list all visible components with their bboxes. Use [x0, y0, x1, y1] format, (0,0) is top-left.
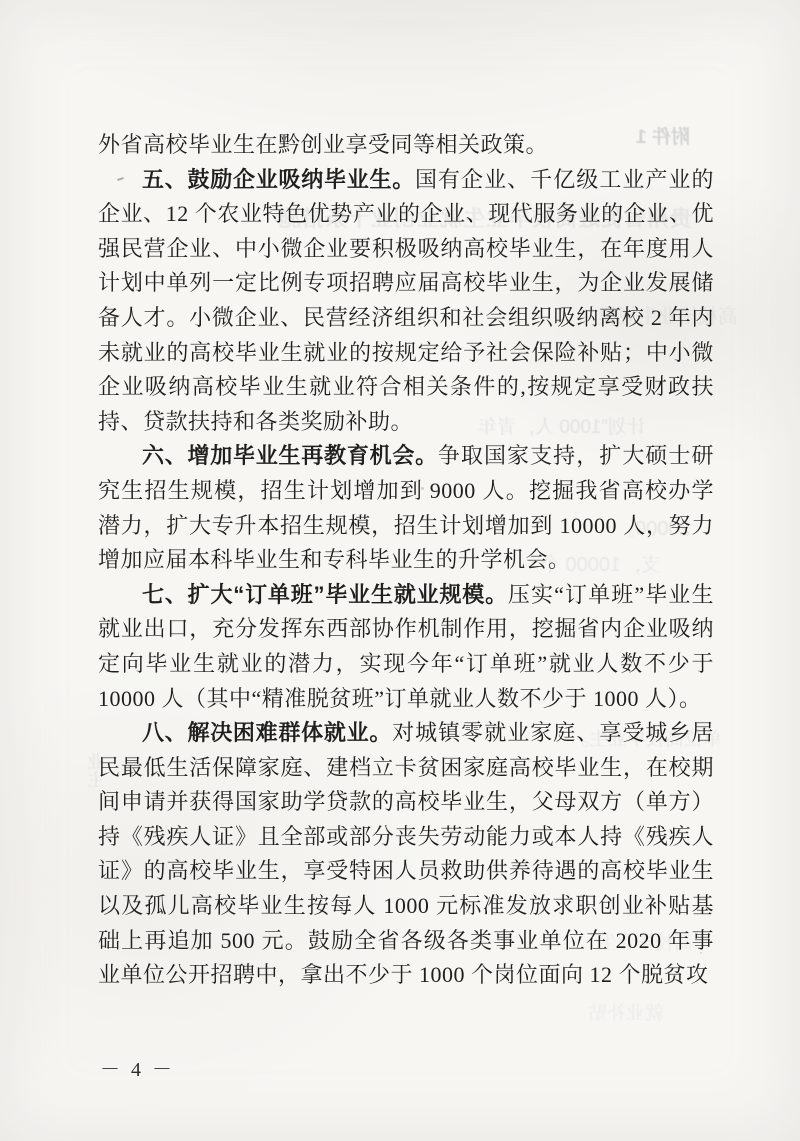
document-body: 外省高校毕业生在黔创业享受同等相关政策。 五、鼓励企业吸纳毕业生。国有企业、千亿…	[98, 128, 714, 993]
scanned-document-page: 附件 1 贵州省促进高校毕业生就业创业十条措施 高校毕业生规模 计划”1000 …	[0, 0, 800, 1141]
bleed-through-text: 就业补贴	[588, 998, 664, 1025]
section-heading-6: 六、增加毕业生再教育机会。	[142, 443, 438, 468]
paragraph-section-7: 七、扩大“订单班”毕业生就业规模。压实“订单班”毕业生就业出口，充分发挥东西部协…	[98, 578, 714, 716]
paragraph-continuation: 外省高校毕业生在黔创业享受同等相关政策。	[98, 128, 714, 163]
page-number: － 4 －	[100, 1053, 175, 1082]
section-body-5: 国有企业、千亿级工业产业的企业、12 个农业特色优势产业的企业、现代服务业的企业…	[98, 167, 714, 434]
section-heading-7: 七、扩大“订单班”毕业生就业规模。	[142, 582, 508, 607]
paragraph-section-8: 八、解决困难群体就业。对城镇零就业家庭、享受城乡居民最低生活保障家庭、建档立卡贫…	[98, 716, 714, 993]
paragraph-section-6: 六、增加毕业生再教育机会。争取国家支持，扩大硕士研究生招生规模，招生计划增加到 …	[98, 439, 714, 577]
paragraph-section-5: 五、鼓励企业吸纳毕业生。国有企业、千亿级工业产业的企业、12 个农业特色优势产业…	[98, 163, 714, 440]
section-heading-5: 五、鼓励企业吸纳毕业生。	[142, 167, 415, 192]
section-heading-8: 八、解决困难群体就业。	[142, 720, 392, 745]
section-body-8: 对城镇零就业家庭、享受城乡居民最低生活保障家庭、建档立卡贫困家庭高校毕业生，在校…	[98, 720, 714, 987]
